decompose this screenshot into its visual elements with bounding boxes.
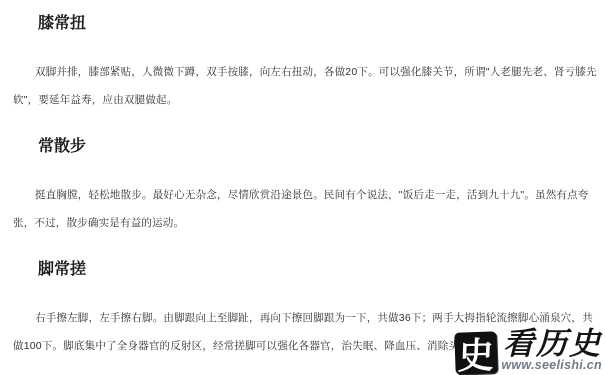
watermark-url: www.seelishi.cn [501,358,602,372]
paragraph-text: 双脚并排，膝部紧贴，人微微下蹲，双手按膝，向左右扭动，各做20下。可以强化膝关节… [13,66,597,106]
seal-logo-icon: 史 [455,331,498,374]
seal-glyph: 史 [457,327,495,375]
article-body: 膝常扭 双脚并排，膝部紧贴，人微微下蹲，双手按膝，向左右扭动，各做20下。可以强… [0,0,605,360]
watermark: 史 看历史 www.seelishi.cn [455,328,602,374]
section-heading-foot-rub: 脚常搓 [38,261,599,278]
watermark-brand-text: 看历史 [503,328,602,361]
section-heading-walking: 常散步 [38,138,599,155]
article-page: 膝常扭 双脚并排，膝部紧贴，人微微下蹲，双手按膝，向左右扭动，各做20下。可以强… [0,0,605,375]
section-paragraph: 双脚并排，膝部紧贴，人微微下蹲，双手按膝，向左右扭动，各做20下。可以强化膝关节… [13,58,599,114]
section-heading-knee-twist: 膝常扭 [38,15,599,32]
paragraph-text: 挺直胸膛，轻松地散步。最好心无杂念，尽情欣赏沿途景色。民间有个说法，"饭后走一走… [13,189,589,229]
watermark-brand: 看历史 www.seelishi.cn [501,328,602,372]
section-paragraph: 挺直胸膛，轻松地散步。最好心无杂念，尽情欣赏沿途景色。民间有个说法，"饭后走一走… [13,181,599,237]
